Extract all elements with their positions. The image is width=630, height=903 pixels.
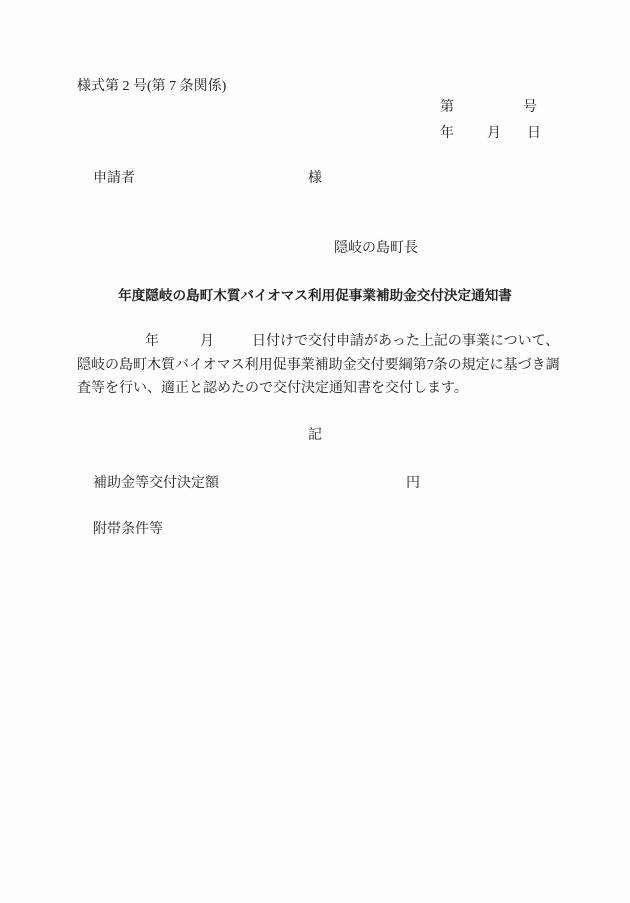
record-marker: 記 [77, 429, 553, 443]
date-header-month: 月 [487, 127, 501, 141]
body-line1: 年 月 日付けで交付申請があった上記の事業について、 [0, 335, 630, 349]
doc-number-suffix: 号 [523, 101, 537, 115]
date-header-year: 年 [440, 127, 454, 141]
body-line2: 隠岐の島町木質バイオマス利用促事業補助金交付要綱第7条の規定に基づき調 [77, 359, 560, 373]
applicant-honorific: 様 [308, 172, 322, 186]
date-header-day: 日 [527, 127, 541, 141]
body-date-year: 年 [145, 335, 159, 349]
body-line3: 査等を行い、適正と認めたので交付決定通知書を交付します。 [77, 382, 468, 396]
amount-label: 補助金等交付決定額 [93, 477, 219, 491]
issuer-name: 隠岐の島町長 [334, 242, 418, 256]
document-page: 様式第 2 号(第 7 条関係) 第 号 年 月 日 申請者 様 隠岐の島町長 … [0, 0, 630, 903]
applicant-label: 申請者 [93, 172, 135, 186]
applicant-line: 申請者 様 [0, 172, 630, 186]
body-line1-text: 日付けで交付申請があった上記の事業について、 [252, 335, 559, 349]
conditions-label: 附帯条件等 [93, 523, 163, 537]
amount-line: 補助金等交付決定額 円 [0, 477, 630, 491]
date-header-line: 年 月 日 [0, 127, 630, 141]
form-number: 様式第 2 号(第 7 条関係) [77, 80, 226, 94]
amount-unit: 円 [406, 477, 420, 491]
doc-number-line: 第 号 [0, 101, 630, 115]
doc-number-prefix: 第 [440, 101, 454, 115]
document-title: 年度隠岐の島町木質バイオマス利用促事業補助金交付決定通知書 [77, 289, 553, 303]
body-date-month: 月 [200, 335, 214, 349]
